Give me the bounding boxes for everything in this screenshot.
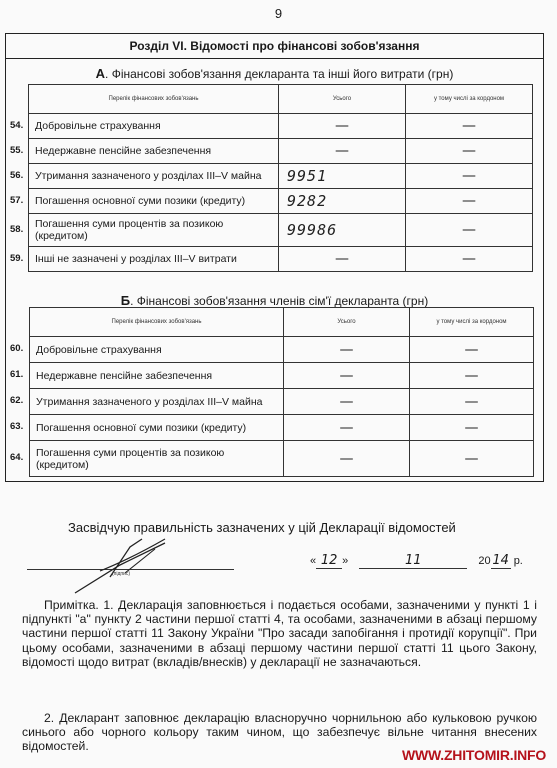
row-total-value: — (284, 337, 410, 363)
row-abroad-value: — (406, 139, 533, 164)
row-number: 56. (10, 170, 27, 181)
row-label: Утримання зазначеного у розділах III–V м… (30, 389, 284, 415)
table-b-title-text: . Фінансові зобов'язання членів сім'ї де… (130, 294, 428, 308)
row-total-value: — (284, 415, 410, 441)
row-total-value: 9282 (279, 189, 406, 214)
watermark: WWW.ZHITOMIR.INFO (402, 747, 546, 763)
row-label: Інші не зазначені у розділах III–V витра… (29, 247, 279, 272)
section-title: Розділ VI. Відомості про фінансові зобов… (6, 34, 543, 59)
row-label: Утримання зазначеного у розділах III–V м… (29, 164, 279, 189)
date-quote-close: » (342, 555, 348, 567)
row-number: 55. (10, 145, 27, 156)
svg-text:(підпис): (підпис) (112, 571, 130, 577)
header-abroad: у тому числі за кордоном (406, 85, 533, 114)
row-number: 54. (10, 120, 27, 131)
table-b-letter: Б (121, 293, 130, 308)
row-label: Добровільне страхування (30, 337, 284, 363)
row-number: 60. (10, 343, 27, 354)
header-list: Перелік фінансових зобов'язань (30, 308, 284, 337)
date-year-unit: р. (514, 555, 523, 567)
row-abroad-value: — (410, 337, 534, 363)
table-b-header: Перелік фінансових зобов'язань Усього у … (30, 308, 534, 337)
row-label: Погашення суми процентів за позикою (кре… (30, 441, 284, 477)
row-label: Добровільне страхування (29, 114, 279, 139)
table-row: Погашення суми процентів за позикою (кре… (29, 214, 533, 247)
date-block: «12» 11 2014 р. (310, 553, 523, 569)
table-row: Утримання зазначеного у розділах III–V м… (29, 164, 533, 189)
row-abroad-value: — (406, 164, 533, 189)
row-number: 63. (10, 421, 27, 432)
table-a-title: А. Фінансові зобов'язання декларанта та … (6, 66, 543, 81)
row-total-value: — (284, 389, 410, 415)
table-b-title: Б. Фінансові зобов'язання членів сім'ї д… (6, 293, 543, 308)
table-row: Погашення суми процентів за позикою (кре… (30, 441, 534, 477)
header-total: Усього (279, 85, 406, 114)
table-a: Перелік фінансових зобов'язань Усього у … (28, 84, 533, 272)
table-row: Погашення основної суми позики (кредиту)… (30, 415, 534, 441)
note-1: Примітка. 1. Декларація заповнюється і п… (22, 598, 537, 669)
table-a-title-text: . Фінансові зобов'язання декларанта та і… (105, 67, 453, 81)
row-abroad-value: — (406, 114, 533, 139)
row-total-value: — (279, 139, 406, 164)
table-a-letter: А (96, 66, 105, 81)
row-total-value: — (279, 247, 406, 272)
row-number: 57. (10, 195, 27, 206)
note-1-text: Примітка. 1. Декларація заповнюється і п… (22, 598, 537, 669)
table-row: Інші не зазначені у розділах III–V витра… (29, 247, 533, 272)
date-year-suffix: 14 (491, 553, 511, 569)
row-total-value: — (284, 441, 410, 477)
row-number: 62. (10, 395, 27, 406)
row-label: Недержавне пенсійне забезпечення (30, 363, 284, 389)
signature-icon: (підпис) (70, 535, 180, 595)
page-number: 9 (0, 6, 557, 21)
row-abroad-value: — (406, 214, 533, 247)
date-day: 12 (316, 553, 342, 569)
row-total-value: — (284, 363, 410, 389)
date-month: 11 (359, 553, 467, 569)
row-number: 61. (10, 369, 27, 380)
table-row: Утримання зазначеного у розділах III–V м… (30, 389, 534, 415)
table-row: Недержавне пенсійне забезпечення—— (29, 139, 533, 164)
table-row: Погашення основної суми позики (кредиту)… (29, 189, 533, 214)
row-label: Погашення суми процентів за позикою (кре… (29, 214, 279, 247)
row-total-value: — (279, 114, 406, 139)
row-total-value: 99986 (279, 214, 406, 247)
row-abroad-value: — (410, 441, 534, 477)
row-number: 58. (10, 224, 27, 235)
row-number: 59. (10, 253, 27, 264)
certification-text: Засвідчую правильність зазначених у цій … (68, 520, 456, 535)
row-abroad-value: — (406, 189, 533, 214)
table-row: Добровільне страхування—— (29, 114, 533, 139)
table-row: Недержавне пенсійне забезпечення—— (30, 363, 534, 389)
row-abroad-value: — (406, 247, 533, 272)
row-label: Погашення основної суми позики (кредиту) (29, 189, 279, 214)
row-number: 64. (10, 452, 27, 463)
table-a-header: Перелік фінансових зобов'язань Усього у … (29, 85, 533, 114)
table-row: Добровільне страхування—— (30, 337, 534, 363)
header-list: Перелік фінансових зобов'язань (29, 85, 279, 114)
row-label: Погашення основної суми позики (кредиту) (30, 415, 284, 441)
header-total: Усього (284, 308, 410, 337)
row-abroad-value: — (410, 363, 534, 389)
table-b: Перелік фінансових зобов'язань Усього у … (29, 307, 534, 477)
row-abroad-value: — (410, 415, 534, 441)
row-abroad-value: — (410, 389, 534, 415)
row-total-value: 9951 (279, 164, 406, 189)
date-year-prefix: 20 (478, 555, 490, 567)
row-label: Недержавне пенсійне забезпечення (29, 139, 279, 164)
header-abroad: у тому числі за кордоном (410, 308, 534, 337)
